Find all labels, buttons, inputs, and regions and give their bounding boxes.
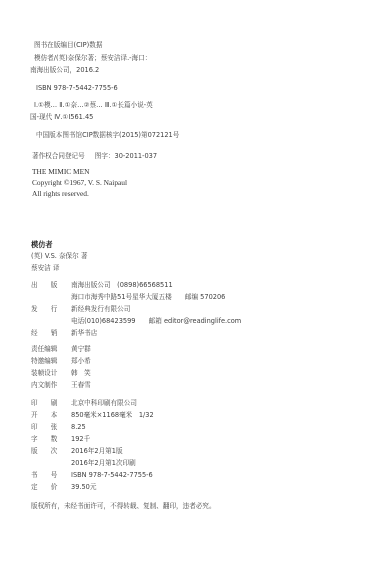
spec-row: 书 号ISBN 978-7-5442-7755-6 xyxy=(31,471,153,480)
publishing-row: 经 销新华书店 xyxy=(31,329,97,338)
spec-row: 字 数192千 xyxy=(31,435,90,444)
spec-row: 定 价39.50元 xyxy=(31,483,96,492)
spec-row: 印 刷北京中科印刷有限公司 xyxy=(31,399,137,408)
editor-row: 内文制作王春雪 xyxy=(31,381,91,390)
cip-entry-line2: 南海出版公司，2016.2 xyxy=(30,66,99,75)
book-translator: 蔡安洁 译 xyxy=(31,264,59,273)
publishing-row: 海口市海秀中路51号星华大厦五楼 邮编 570206 xyxy=(31,293,225,302)
copyright-registration: 著作权合同登记号图字：30-2011-037 xyxy=(32,152,157,161)
cip-entry-line1: 模仿者/(英)奈保尔著；蔡安洁译.-海口： xyxy=(34,54,151,63)
cip-number: 中国版本图书馆CIP数据核字(2015)第072121号 xyxy=(36,131,179,140)
publishing-row: 电话(010)68423599 邮箱 editor@readinglife.co… xyxy=(31,317,241,326)
english-rights: All rights reserved. xyxy=(32,189,89,198)
spec-row: 开 本850毫米×1168毫米 1/32 xyxy=(31,411,154,420)
cip-heading: 图书在版编目(CIP)数据 xyxy=(34,41,102,50)
publishing-row: 发 行新经典发行有限公司 xyxy=(31,305,130,314)
spec-row: 版 次2016年2月第1版 xyxy=(31,447,123,456)
cip-class-line1: Ⅰ.①模… Ⅱ.①奈…②蔡… Ⅲ.①长篇小说-英 xyxy=(34,101,153,110)
copyright-reg-label: 著作权合同登记号 xyxy=(32,152,85,160)
publishing-row: 出 版南海出版公司 (0898)66568511 xyxy=(31,281,173,290)
book-author: (英) V.S. 奈保尔 著 xyxy=(31,252,87,261)
copyright-notice: 版权所有，未经书面许可，不得转载、复制、翻印，违者必究。 xyxy=(31,502,216,511)
book-title: 模仿者 xyxy=(31,240,53,249)
english-title: THE MIMIC MEN xyxy=(32,167,89,176)
english-copyright: Copyright ©1967, V. S. Naipaul xyxy=(32,178,127,187)
cip-isbn: ISBN 978-7-5442-7755-6 xyxy=(36,84,118,93)
spec-row: 2016年2月第1次印刷 xyxy=(31,459,136,468)
cip-class-line2: 国-现代 Ⅳ.①I561.45 xyxy=(30,113,93,122)
copyright-reg-value: 图字：30-2011-037 xyxy=(95,152,157,160)
editor-row: 责任编辑黄宁群 xyxy=(31,345,91,354)
spec-row: 印 张8.25 xyxy=(31,423,86,432)
editor-row: 特邀编辑郑小希 xyxy=(31,357,91,366)
editor-row: 装帧设计韩 笑 xyxy=(31,369,91,378)
